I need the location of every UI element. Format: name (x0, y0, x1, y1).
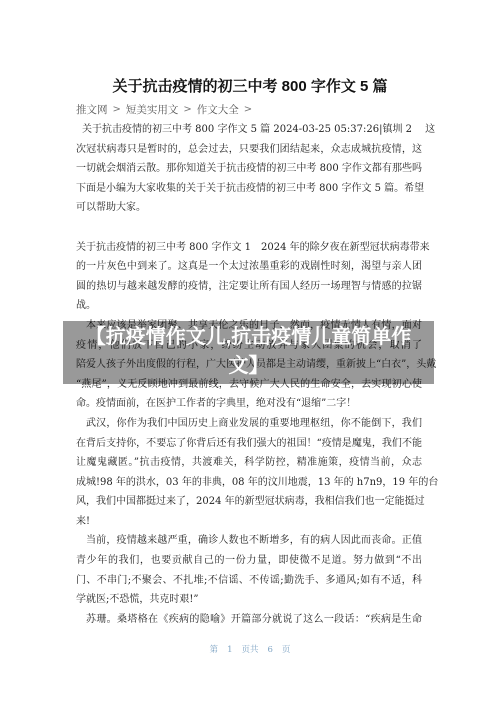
total-pages-number: 6 (268, 643, 273, 657)
overlay-title: 【抗疫情作文儿,抗击疫情儿童简单作文】 (74, 323, 424, 381)
breadcrumb-item-category[interactable]: 短美实用文 (126, 102, 179, 117)
page-prefix: 第 (210, 643, 219, 657)
page-middle: 页共 (241, 643, 258, 657)
text-line: 关于抗击疫情的初三中考 800 字作文 5 篇 2024-03-25 05:37… (76, 120, 422, 140)
breadcrumb: 推文网 > 短美实用文 > 作文大全 > (76, 101, 252, 117)
text-line: 苏珊。桑塔格在《疾病的隐喻》开篇部分就说了这么一段话：“疾病是生命 (76, 610, 422, 630)
text-line: 让魔鬼藏匿。”抗击疫情，共渡难关，科学防控，精准施策，疫情当前，众志 (76, 453, 422, 473)
text-line: 可以帮助大家。 (76, 198, 422, 218)
text-line: 当前，疫情越来越严重，确诊人数也不断增多，有的病人因此而丧命。正值 (76, 531, 422, 551)
text-line: 一切就会烟消云散。那你知道关于抗击疫情的初三中考 800 字作文都有那些吗 (76, 159, 422, 179)
text-line: 青少年的我们，也要贡献自己的一份力量，即使微不足道。努力做到“不出 (76, 551, 422, 571)
chevron-right-icon: > (244, 104, 252, 115)
text-line: 的一片灰色中到来了。这真是一个太过浓墨重彩的戏剧性时刻，渴望与亲人团 (76, 257, 422, 277)
text-line: 学就医;不恐慌，共克时艰!” (76, 590, 422, 610)
text-line: 武汉，你作为我们中国历史上商业发展的重要地理枢纽，你不能倒下，我们 (76, 414, 422, 434)
breadcrumb-item-subcategory[interactable]: 作文大全 (197, 102, 239, 117)
paragraph: 苏珊。桑塔格在《疾病的隐喻》开篇部分就说了这么一段话：“疾病是生命 (76, 610, 422, 630)
paragraph-essay-heading: 关于抗击疫情的初三中考 800 字作文 1 2024 年的除夕夜在新型冠状病毒带… (76, 238, 422, 316)
paragraph-intro: 关于抗击疫情的初三中考 800 字作文 5 篇 2024-03-25 05:37… (76, 120, 422, 218)
text-line: 下面是小编为大家收集的关于关于抗击疫情的初三中考 800 字作文 5 篇。希望 (76, 179, 422, 199)
page-suffix: 页 (282, 643, 291, 657)
paragraph: 当前，疫情越来越严重，确诊人数也不断增多，有的病人因此而丧命。正值 青少年的我们… (76, 531, 422, 609)
text-line: 关于抗击疫情的初三中考 800 字作文 1 2024 年的除夕夜在新型冠状病毒带… (76, 238, 422, 258)
text-line: 成城!98 年的洪水，03 年的非典，08 年的汶川地震，13 年的 h7n9，… (76, 473, 422, 493)
text-line: 圆的热切与越来越发酵的疫情，注定要让所有国人经历一场理智与情感的拉锯 (76, 277, 422, 297)
title-overlay-banner: 【抗疫情作文儿,抗击疫情儿童简单作文】 (63, 321, 434, 384)
text-line: 来! (76, 512, 422, 532)
text-line: 风，我们中国都挺过来了，2024 年的新型冠状病毒，我相信我们也一定能挺过 (76, 492, 422, 512)
page-indicator: 第 1 页共 6 页 (0, 643, 500, 657)
current-page-number: 1 (227, 643, 232, 657)
text-line: 次冠状病毒只是暂时的，总会过去，只要我们团结起来，众志成城抗疫情，这 (76, 140, 422, 160)
paragraph: 武汉，你作为我们中国历史上商业发展的重要地理枢纽，你不能倒下，我们 在背后支持你… (76, 414, 422, 532)
text-line: 门、不串门;不聚会、不扎堆;不信谣、不传谣;勤洗手、多通风;如有不适，科 (76, 571, 422, 591)
paragraph-gap (76, 218, 422, 238)
text-line: 命。疫情面前，在医护工作者的字典里，绝对没有“退缩”二字！ (76, 394, 422, 414)
text-line: 战。 (76, 296, 422, 316)
document-title: 关于抗击疫情的初三中考 800 字作文 5 篇 (0, 77, 500, 97)
text-line: 在背后支持你，不要忘了你背后还有我们强大的祖国！“疫情是魔鬼，我们不能 (76, 434, 422, 454)
chevron-right-icon: > (113, 104, 121, 115)
breadcrumb-item-home[interactable]: 推文网 (76, 102, 108, 117)
chevron-right-icon: > (183, 104, 191, 115)
